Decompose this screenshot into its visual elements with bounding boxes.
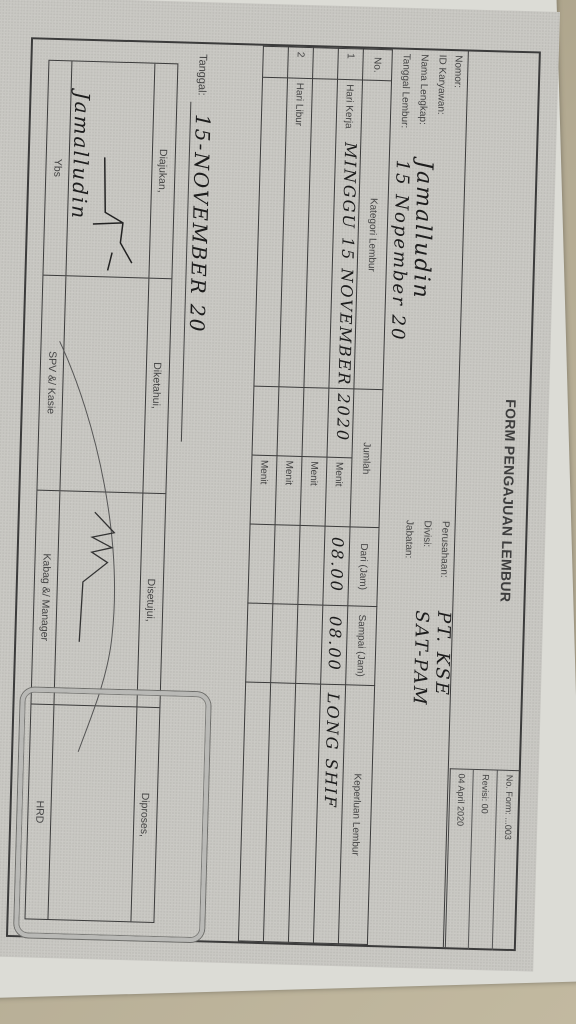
signature-diketahui-role: SPV &/ Kasie <box>37 275 66 489</box>
row-keperluan-value: LONG SHIF <box>321 693 343 809</box>
label-perusahaan: Perusahaan: <box>438 521 451 578</box>
label-nama-lengkap: Nama Lengkap: <box>417 54 430 125</box>
value-tanggal-lembur: 15 Nopember 20 <box>387 159 413 341</box>
header-dari: Dari (Jam) <box>348 527 379 607</box>
row-dari-value: 08.00 <box>327 537 348 593</box>
row-dari: 08.00 <box>323 526 350 606</box>
row-dari <box>273 525 300 605</box>
doc-revision: Revisi: 00 <box>468 770 497 951</box>
label-tanggal-lembur: Tanggal Lembur: <box>399 54 412 129</box>
row-sampai <box>296 604 323 684</box>
value-divisi: SAT-PAM <box>409 610 433 707</box>
row-jumlah-jam <box>252 386 279 456</box>
document-info-box: No. Form: ...003 Revisi: 00 04 April 202… <box>445 768 521 951</box>
row-no: 2 <box>288 47 314 79</box>
row-no: 1 <box>338 48 364 80</box>
row-jumlah-menit: Menit <box>275 456 302 526</box>
row-sampai <box>246 603 273 683</box>
row-sampai: 08.00 <box>321 605 348 685</box>
label-nomor: Nomor: <box>452 55 464 88</box>
value-nama-lengkap: Jamalludin <box>408 160 437 300</box>
row-no <box>263 46 289 78</box>
clipboard-clip <box>14 687 211 942</box>
value-perusahaan: PT. KSE <box>431 611 454 697</box>
label-jabatan: Jabatan: <box>403 520 415 559</box>
signature-diketahui-title: Diketahui, <box>147 279 165 493</box>
row-dari <box>248 524 275 604</box>
label-id-karyawan: ID Karyawan: <box>435 55 448 115</box>
row-dari <box>298 525 325 605</box>
row-sampai-value: 08.00 <box>324 616 345 672</box>
row-jumlah-jam <box>302 387 329 457</box>
header-jumlah: Jumlah <box>350 389 383 528</box>
signature-diketahui: Diketahui, SPV &/ Kasie <box>37 275 171 493</box>
header-sampai: Sampai (Jam) <box>346 606 377 686</box>
signature-disetujui-title: Disetujui, <box>141 493 159 707</box>
row-jumlah-menit: Menit <box>300 456 327 526</box>
overtime-form-paper: FORM PENGAJUAN LEMBUR No. Form: ...003 R… <box>0 0 560 972</box>
doc-form-number: No. Form: ...003 <box>492 771 521 952</box>
label-divisi: Divisi: <box>421 520 433 547</box>
label-tanggal: Tanggal: <box>196 54 209 96</box>
signature-diajukan-name: Jamalludin <box>67 91 95 220</box>
row-jumlah-menit: Menit <box>325 457 352 527</box>
signature-diajukan-title: Diajukan, <box>153 64 171 278</box>
signature-disetujui-role: Kabag &/ Manager <box>31 490 60 704</box>
row-sampai <box>271 604 298 684</box>
overtime-table: No. Kategori Lembur Jumlah Dari (Jam) Sa… <box>238 46 393 945</box>
row-kategori-label: Hari Kerja <box>343 84 355 129</box>
signature-disetujui: Disetujui, Kabag &/ Manager <box>31 490 165 708</box>
row-jumlah-jam <box>277 387 304 457</box>
row-no <box>313 48 339 80</box>
row-jumlah-menit: Menit <box>250 455 277 525</box>
header-no: No. <box>363 49 393 81</box>
signature-diajukan-role: Ybs <box>43 61 72 275</box>
signature-diajukan: Diajukan, Jamalludin Ybs <box>43 61 177 279</box>
